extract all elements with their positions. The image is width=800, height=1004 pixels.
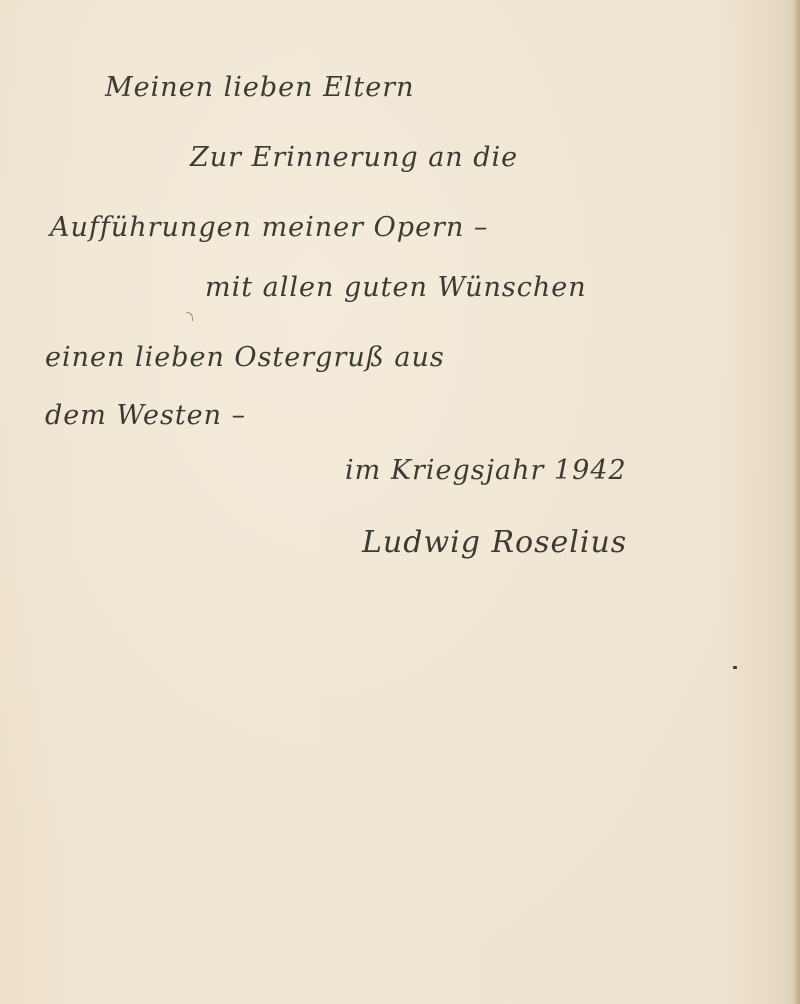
date-line: im Kriegsjahr 1942 [345, 455, 627, 486]
text-line-6: dem Westen – [45, 400, 246, 431]
pencil-mark [186, 312, 193, 321]
text-line-2: Zur Erinnerung an die [190, 142, 518, 173]
ink-speck [733, 666, 737, 669]
signature: Ludwig Roselius [362, 525, 627, 560]
text-line-3: Aufführungen meiner Opern – [50, 212, 488, 243]
paper-page: Meinen lieben Eltern Zur Erinnerung an d… [0, 0, 800, 1004]
text-line-4: mit allen guten Wünschen [205, 272, 587, 303]
text-line-5: einen lieben Ostergruß aus [45, 342, 445, 373]
page-edge [794, 0, 800, 1004]
salutation-line: Meinen lieben Eltern [105, 72, 415, 103]
